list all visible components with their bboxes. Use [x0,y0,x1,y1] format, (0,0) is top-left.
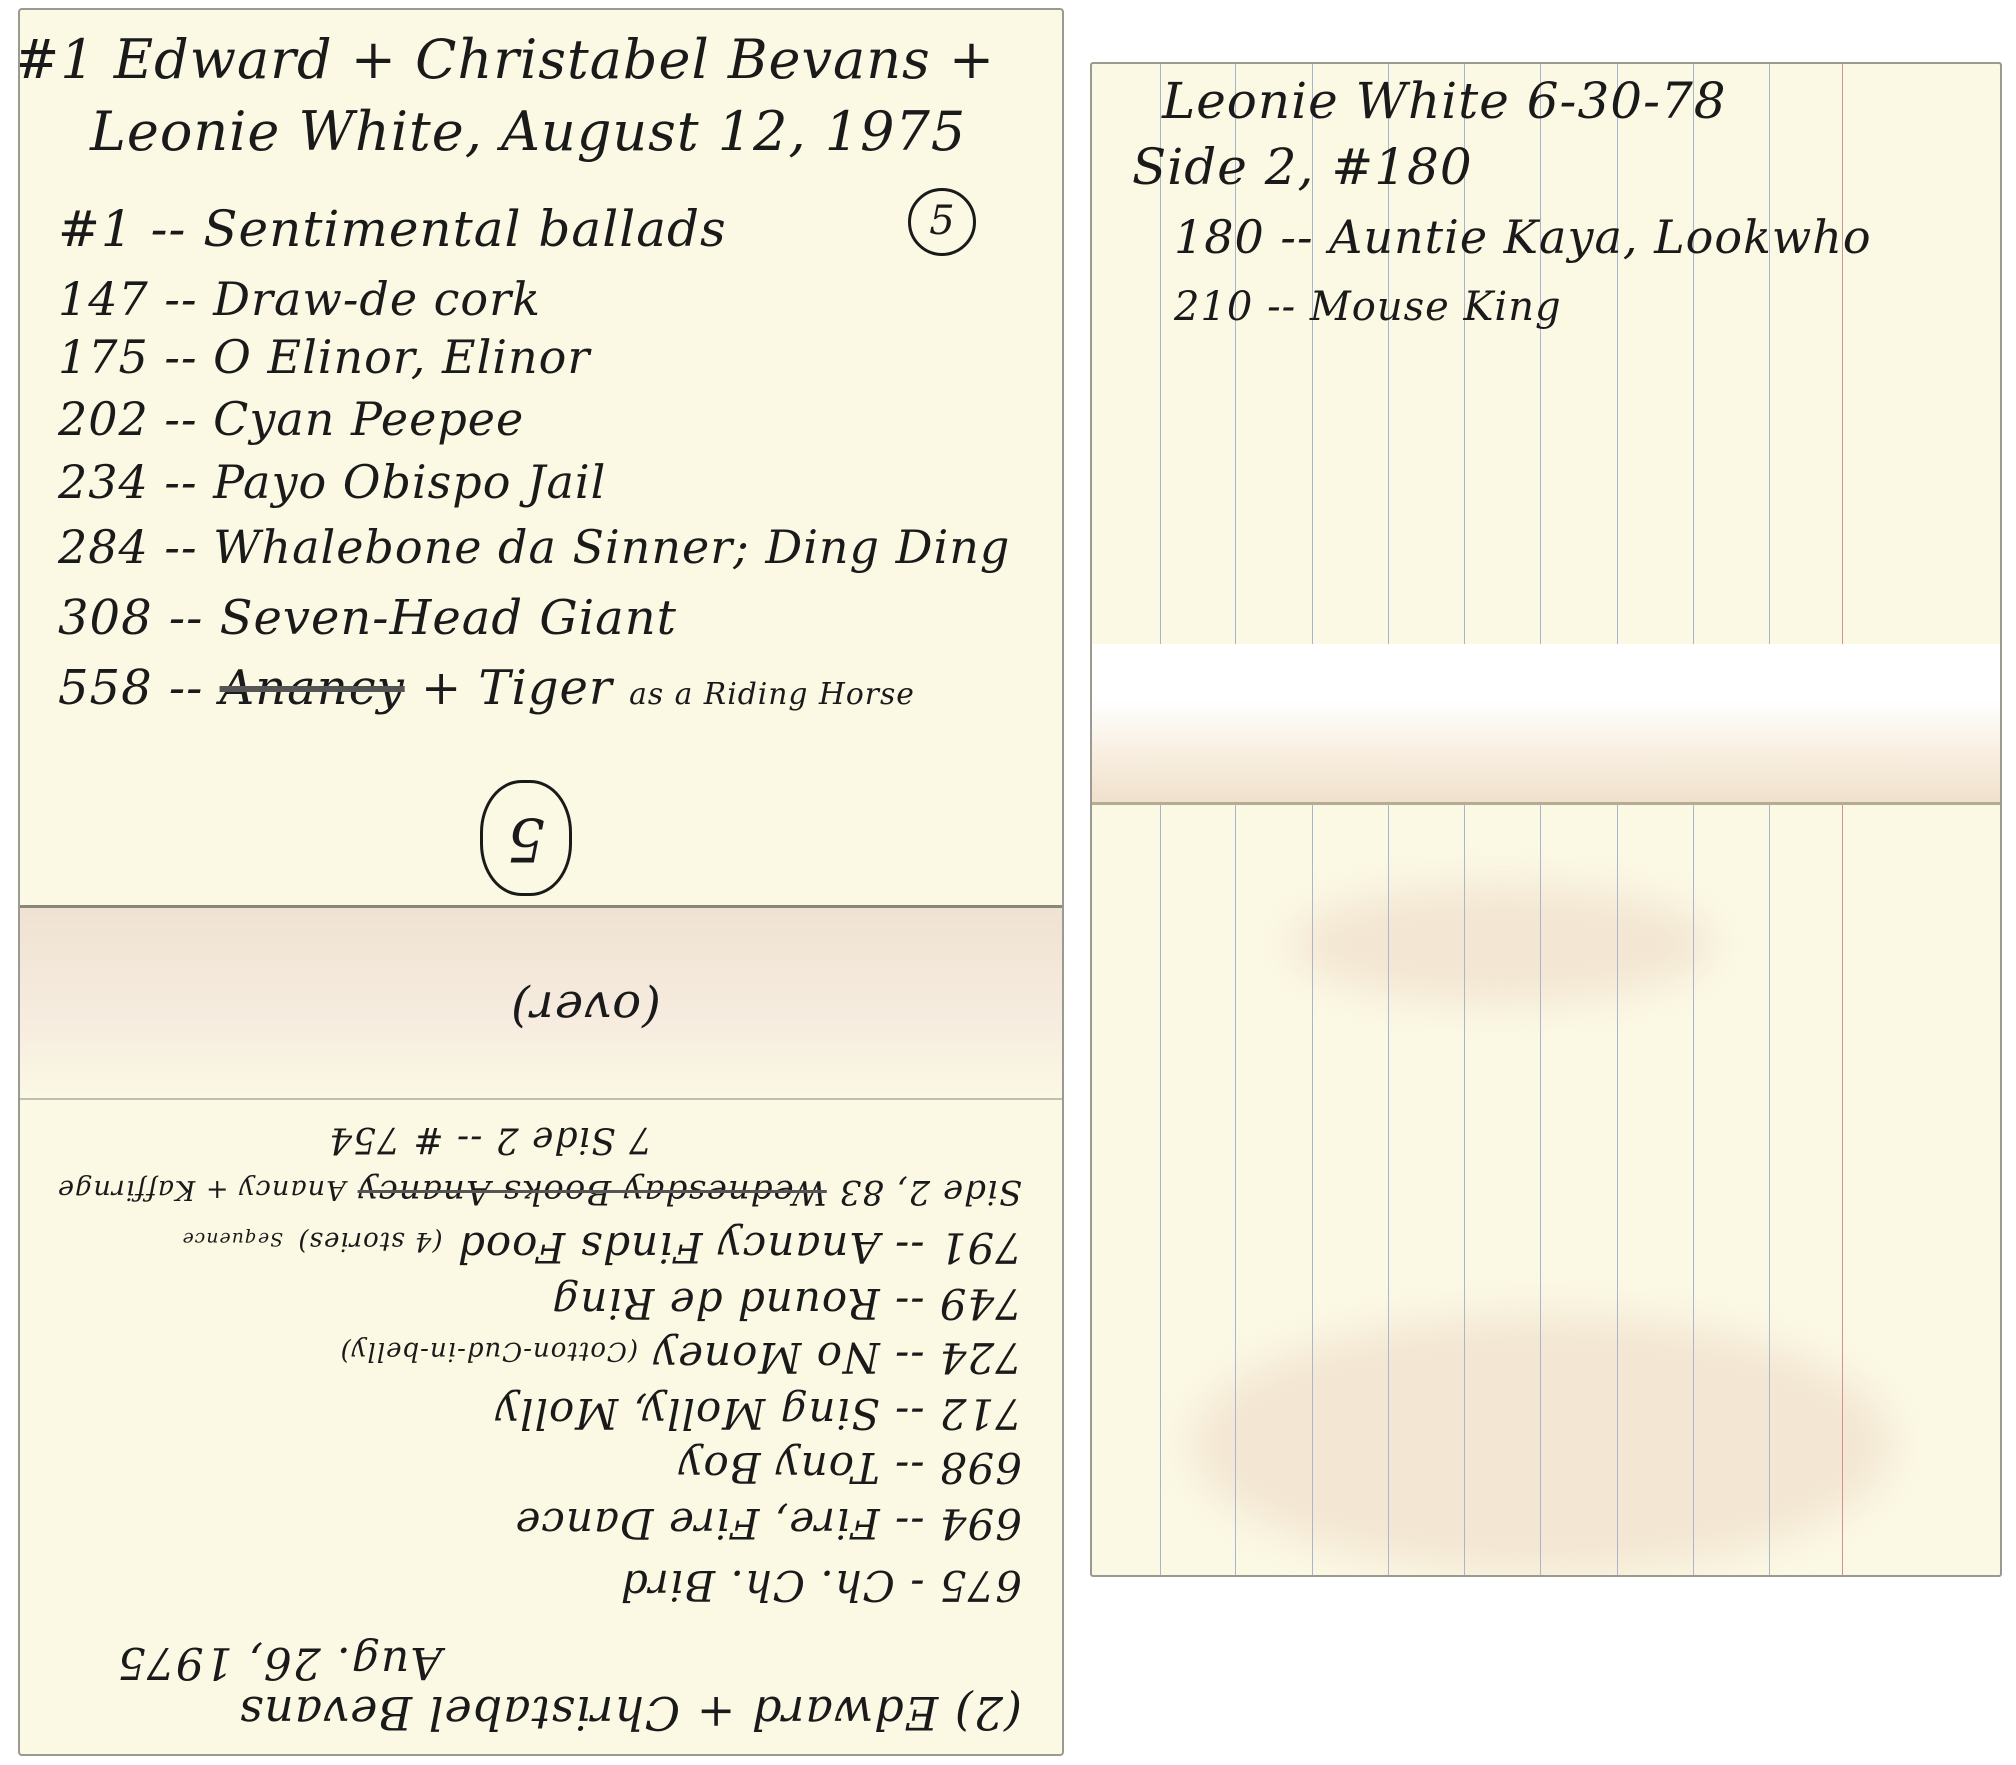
upright-section: #1 Edward + Christabel Bevans + Leonie W… [20,10,1062,890]
list-item: 234 -- Payo Obispo Jail [58,455,606,509]
struck-word: Anancy [220,660,405,716]
entry-number: 210 [1174,284,1253,330]
fold-band [1092,644,2000,804]
list-item: 675 - Ch. Ch. Bird [620,1561,1022,1610]
inverted-section: (2) Edward + Christabel Bevans Aug. 26, … [20,1105,1062,1756]
inverted-header-line-2: Aug. 26, 1975 [117,1637,442,1688]
list-item: 210 -- Mouse King [1174,284,1562,330]
entry-number: 749 [939,1279,1022,1328]
list-item: 749 -- Round de Ring [551,1279,1022,1328]
right-header-line-2: Side 2, #180 [1132,138,1473,196]
entry-number: 202 [58,392,149,446]
list-item: 180 -- Auntie Kaya, Lookwho [1174,210,1872,264]
entry-title: Tony Boy [678,1443,880,1492]
entry-title: Seven-Head Giant [220,590,677,646]
entry-number: 234 [58,455,149,509]
entry-title: Sing Molly, Molly [494,1389,879,1438]
entry-title: Payo Obispo Jail [213,455,606,509]
ruled-line [1160,64,1161,1575]
entry-title: Mouse King [1310,284,1562,330]
entry-title: No Money [652,1333,879,1382]
fold-line [1092,802,2000,805]
inverted-circled-number: 5 [480,780,572,896]
entry-title: + Tiger [421,660,613,716]
header-line-2: Leonie White, August 12, 1975 [90,100,966,163]
entry-number: 175 [58,330,149,384]
entry-title: Auntie Kaya, Lookwho [1329,210,1871,264]
entry-number: 712 [939,1389,1022,1438]
list-item: 147 -- Draw-de cork [58,272,541,326]
list-item: 175 -- O Elinor, Elinor [58,330,590,384]
right-header-line-1: Leonie White 6-30-78 [1162,72,1727,130]
entry-number: 558 [58,660,153,716]
list-item: 791 -- Anancy Finds Food (4 stories) Seq… [182,1223,1022,1272]
list-item: 284 -- Whalebone da Sinner; Ding Ding [58,520,1010,574]
right-sheet: Leonie White 6-30-78 Side 2, #180 180 --… [1090,62,2002,1577]
list-item: 308 -- Seven-Head Giant [58,590,677,646]
circled-number: 5 [908,188,976,256]
inverted-footer: 7 Side 2 -- # 754 [328,1119,652,1160]
entry-number: 308 [58,590,153,646]
header-line-1: #1 Edward + Christabel Bevans + [18,28,995,91]
ruled-line [1769,64,1770,1575]
list-item: 694 -- Fire, Fire Dance [515,1499,1022,1548]
over-note: (over) [510,980,661,1036]
list-item: 724 -- No Money (Cotton-Cud-in-belly) [340,1333,1022,1382]
left-sheet: #1 Edward + Christabel Bevans + Leonie W… [18,8,1064,1756]
entry-note: as a Riding Horse [629,677,915,712]
entry-title: Whalebone da Sinner; Ding Ding [213,520,1010,574]
entry-title: Round de Ring [551,1279,879,1328]
entry-number: 147 [58,272,149,326]
list-item: 712 -- Sing Molly, Molly [494,1389,1022,1438]
list-item: 202 -- Cyan Peepee [58,392,524,446]
entry-number: 284 [58,520,149,574]
entry-number: 791 [939,1223,1022,1272]
entry-title: Anancy Finds Food [457,1223,880,1272]
entry-title: Fire, Fire Dance [515,1499,880,1548]
list-item: 558 -- Anancy + Tiger as a Riding Horse [58,660,915,716]
entry-title: Draw-de cork [213,272,541,326]
entry-number: 694 [939,1499,1022,1548]
ruled-line [1617,64,1618,1575]
entry-number: 180 [1174,210,1265,264]
margin-line [1842,64,1843,1575]
entry-subnote: Sequence [182,1228,284,1250]
paper-stain [1192,1314,1892,1574]
entry-number: 698 [939,1443,1022,1492]
inverted-header-line-1: (2) Edward + Christabel Bevans [238,1686,1022,1740]
list-item: 698 -- Tony Boy [678,1443,1022,1492]
entry-title: Ch. Ch. Bird [620,1561,895,1610]
entry-note: (4 stories) [297,1226,442,1256]
fold-line [20,1098,1062,1100]
entry-number: 724 [939,1333,1022,1382]
entry-note: (Cotton-Cud-in-belly) [340,1336,639,1366]
entry-title: Cyan Peepee [213,392,524,446]
paper-stain [1292,884,1712,1004]
side2-note: Anancy + Kaffirnge [57,1174,346,1205]
side-label: #1 -- Sentimental ballads [58,200,727,258]
side2-line: Side 2, 83 Wednesday Books Anancy Anancy… [57,1172,1022,1212]
entry-title: O Elinor, Elinor [213,330,590,384]
entry-number: 675 [939,1561,1022,1610]
struck-text: Wednesday Books Anancy [358,1172,827,1212]
side2-label: Side 2, 83 [839,1172,1022,1212]
ruled-line [1693,64,1694,1575]
